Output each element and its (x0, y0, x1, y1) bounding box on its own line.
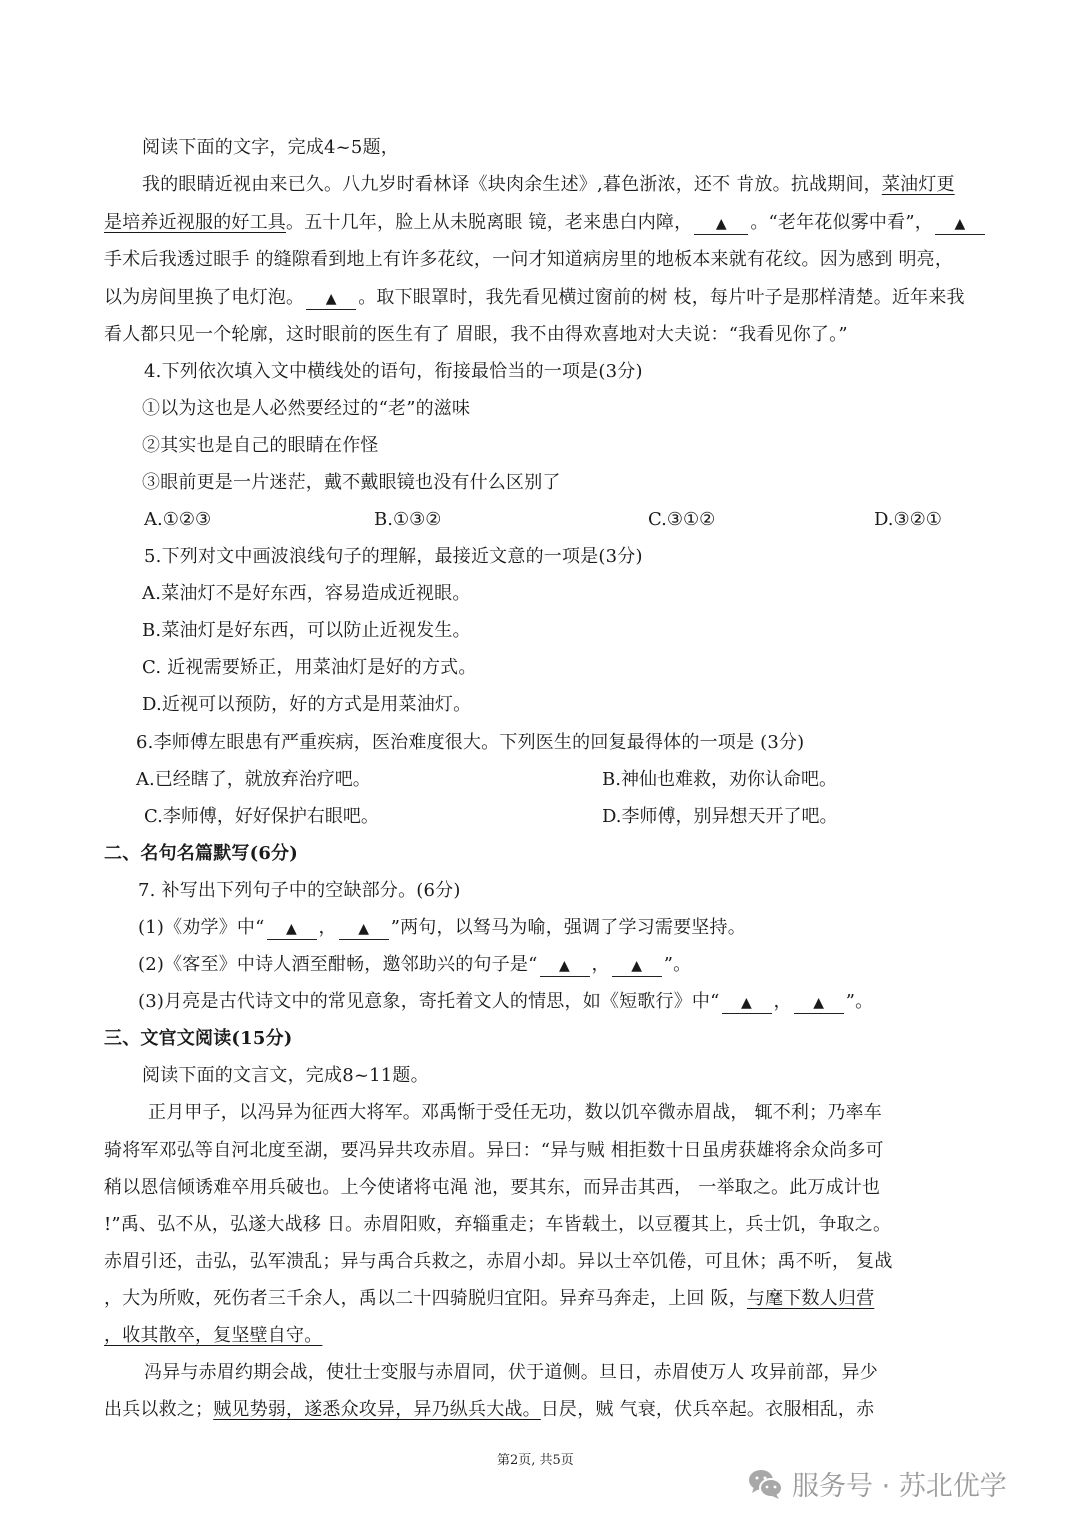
triangle-marker-icon: ▲ (358, 921, 369, 937)
q7-part-1: (1)《劝学》中“▲，▲”两句，以驽马为喻，强调了学习需要坚持。 (138, 916, 974, 940)
blank-q7-3a: ▲ (722, 992, 772, 1014)
blank-q7-1a: ▲ (267, 918, 317, 940)
q4-stem: 4.下列依次填入文中横线处的语句，衔接最恰当的一项是(3分) (144, 360, 1018, 384)
wavy-underlined-text: 菜油灯更 (882, 174, 955, 195)
triangle-marker-icon: ▲ (954, 216, 965, 232)
wechat-icon (748, 1468, 784, 1500)
q7-stem: 7. 补写出下列句子中的空缺部分。(6分) (138, 879, 974, 903)
blank-1: ▲ (694, 213, 748, 235)
passage-line-5: 看人都只见一个轮廓，这时眼前的医生有了 眉眼，我不由得欢喜地对大夫说：“我看见你… (104, 323, 978, 347)
page-number: 第2页, 共5页 (497, 1449, 574, 1468)
blank-q7-1b: ▲ (339, 918, 389, 940)
triangle-marker-icon: ▲ (631, 958, 642, 974)
q4-item-1: ①以为这也是人必然要经过的“老”的滋味 (142, 397, 978, 421)
q4-option-c: C.③①② (648, 508, 715, 532)
classical-p2-line-2: 出兵以救之；贼见势弱，遂悉众攻异，异乃纵兵大战。日昃，贼 气衰，伏兵卒起。衣服相… (104, 1398, 978, 1422)
blank-q7-2a: ▲ (540, 955, 590, 977)
q7-part-2: (2)《客至》中诗人酒至酣畅，邀邻助兴的句子是“▲，▲”。 (138, 953, 974, 977)
underlined-sentence: 与麾下数人归营 (747, 1288, 874, 1309)
classical-line-6: ，大为所败，死伤者三千余人，禹以二十四骑脱归宜阳。异弃马奔走，上回 阪，与麾下数… (104, 1287, 978, 1311)
classical-line-2: 骑将军邓弘等自河北度至湖，要冯异共攻赤眉。异曰：“异与贼 相拒数十日虽虏获雄将余… (104, 1139, 978, 1163)
blank-3: ▲ (306, 288, 356, 310)
reading-intro: 阅读下面的文字，完成4~5题， (142, 136, 978, 160)
section-2-heading: 二、名句名篇默写(6分) (104, 842, 978, 866)
wavy-underlined-text: 是培养近视服的好工具 (104, 212, 286, 233)
underlined-sentence: ，收其散卒，复坚壁自守。 (104, 1325, 322, 1346)
passage-line-1: 我的眼睛近视由来已久。八九岁时看林译《块肉余生述》,暮色浙浓，还不 肯放。抗战期… (142, 173, 978, 197)
q6-option-d: D.李师傅，别异想天开了吧。 (602, 805, 838, 829)
passage-line-2: 是培养近视服的好工具。五十几年，脸上从未脱离眼 镜，老来患白内障，▲。“老年花似… (104, 211, 978, 235)
q7-part-3: (3)月亮是古代诗文中的常见意象，寄托着文人的情思，如《短歌行》中“▲，▲”。 (138, 990, 974, 1014)
watermark-text: 服务号 · 苏北优学 (792, 1464, 1007, 1503)
q6-stem: 6.李师傅左眼患有严重疾病，医治难度很大。下列医生的回复最得体的一项是 (3分) (136, 731, 1010, 755)
q5-option-c: C. 近视需要矫正，用菜油灯是好的方式。 (142, 656, 978, 680)
passage-line-4: 以为房间里换了电灯泡。▲。取下眼罩时，我先看见横过窗前的树 枝，每片叶子是那样清… (104, 286, 978, 310)
classical-line-1: 正月甲子，以冯异为征西大将军。邓禹惭于受任无功，数以饥卒微赤眉战， 辄不利；乃率… (148, 1101, 984, 1125)
watermark: 服务号 · 苏北优学 (748, 1464, 1007, 1503)
q6-option-a: A.已经瞎了，就放弃治疗吧。 (136, 768, 371, 792)
classical-line-7: ，收其散卒，复坚壁自守。 (104, 1324, 978, 1348)
classical-p2-line-1: 冯异与赤眉约期会战，使壮士变服与赤眉同，伏于道侧。旦日，赤眉使万人 攻异前部，异… (144, 1361, 980, 1385)
q4-item-2: ②其实也是自己的眼睛在作怪 (142, 434, 978, 458)
blank-q7-2b: ▲ (612, 955, 662, 977)
q5-option-b: B.菜油灯是好东西，可以防止近视发生。 (142, 619, 978, 643)
underlined-sentence: 贼见势弱，遂悉众攻异，异乃纵兵大战。 (213, 1399, 541, 1420)
q6-option-b: B.神仙也难救，劝你认命吧。 (602, 768, 837, 792)
triangle-marker-icon: ▲ (716, 216, 727, 232)
passage-line-3: 手术后我透过眼手 的缝隙看到地上有许多花纹，一问才知道病房里的地板本来就有花纹。… (104, 248, 978, 272)
blank-2: ▲ (935, 213, 985, 235)
q5-option-d: D.近视可以预防，好的方式是用菜油灯。 (142, 693, 978, 717)
q4-option-a: A.①②③ (144, 508, 211, 532)
q4-item-3: ③眼前更是一片迷茫，戴不戴眼镜也没有什么区别了 (142, 471, 978, 495)
q5-option-a: A.菜油灯不是好东西，容易造成近视眼。 (142, 582, 978, 606)
classical-intro: 阅读下面的文言文，完成8~11题。 (142, 1064, 978, 1088)
triangle-marker-icon: ▲ (741, 995, 752, 1011)
classical-line-5: 赤眉引还，击弘，弘军溃乱；异与禹合兵救之，赤眉小却。异以士卒饥倦，可且休；禹不听… (104, 1250, 978, 1274)
classical-line-3: 稍以恩信倾诱难卒用兵破也。上今使诸将屯渑 池，要其东，而异击其西， 一举取之。此… (104, 1176, 978, 1200)
q5-stem: 5.下列对文中画波浪线句子的理解，最接近文意的一项是(3分) (144, 545, 1018, 569)
section-3-heading: 三、文官文阅读(15分) (104, 1027, 978, 1051)
triangle-marker-icon: ▲ (286, 921, 297, 937)
blank-q7-3b: ▲ (794, 992, 844, 1014)
q6-option-c: C.李师傅，好好保护右眼吧。 (144, 805, 379, 829)
triangle-marker-icon: ▲ (559, 958, 570, 974)
triangle-marker-icon: ▲ (326, 291, 337, 307)
classical-line-4: !”禹、弘不从，弘遂大战移 日。赤眉阳败，弃辎重走；车皆载土，以豆覆其上，兵士饥… (104, 1213, 978, 1237)
q4-option-b: B.①③② (374, 508, 441, 532)
q4-option-d: D.③②① (874, 508, 942, 532)
triangle-marker-icon: ▲ (813, 995, 824, 1011)
